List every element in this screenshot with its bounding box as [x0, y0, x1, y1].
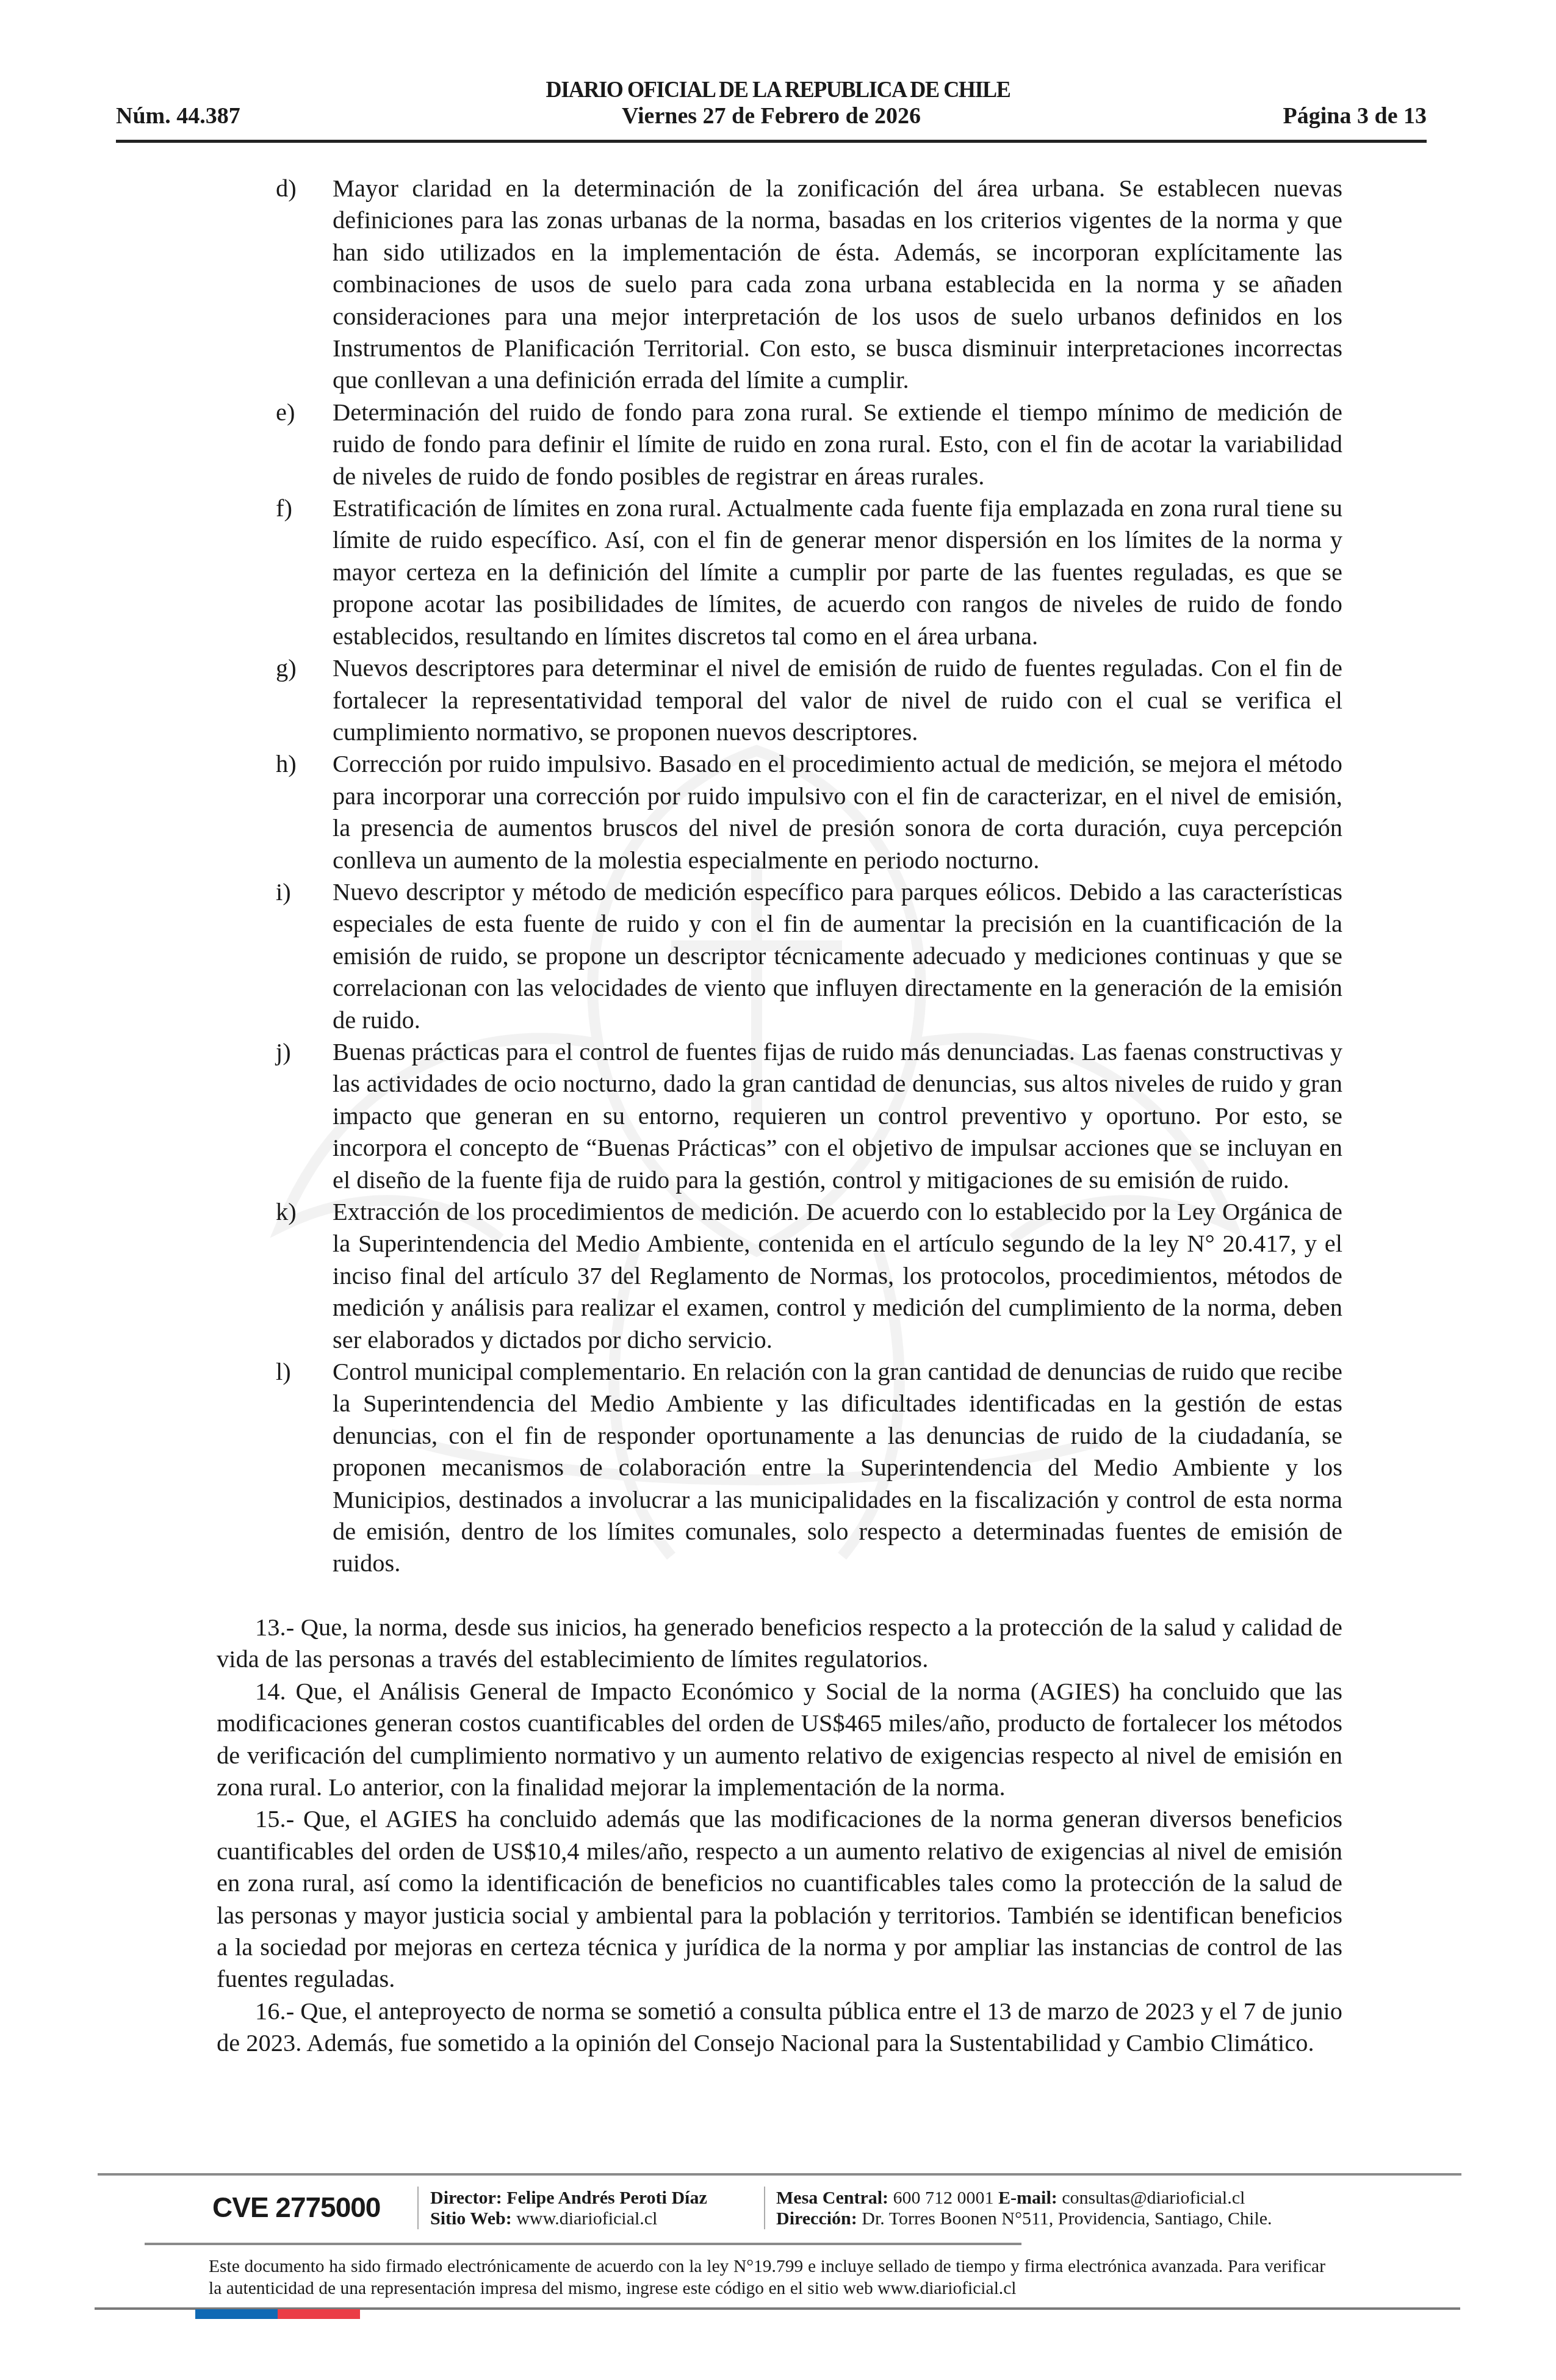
footer-divider-middle	[145, 2243, 1021, 2245]
phone-number: 600 712 0001	[893, 2188, 994, 2208]
electronic-signature-notice: Este documento ha sido firmado electróni…	[209, 2256, 1325, 2299]
list-item-text: Corrección por ruido impulsivo. Basado e…	[333, 748, 1342, 876]
list-item-text: Nuevo descriptor y método de medición es…	[333, 876, 1342, 1036]
director-label: Director:	[430, 2188, 502, 2208]
address-label: Dirección:	[776, 2209, 857, 2229]
list-item-text: Estratificación de límites en zona rural…	[333, 492, 1342, 652]
footer-director-info: Director: Felipe Andrés Peroti Díaz Siti…	[430, 2188, 707, 2229]
list-marker: e)	[276, 397, 295, 428]
considerations-block: 13.- Que, la norma, desde sus inicios, h…	[0, 1612, 1556, 2060]
address-text: Dr. Torres Boonen N°511, Providencia, Sa…	[862, 2209, 1272, 2229]
phone-label: Mesa Central:	[776, 2188, 888, 2208]
list-item-l: l) Control municipal complementario. En …	[0, 1356, 1556, 1580]
footer-separator	[764, 2187, 765, 2229]
footer-separator	[417, 2187, 419, 2229]
list-item-f: f) Estratificación de límites en zona ru…	[0, 492, 1556, 652]
list-marker: d)	[276, 173, 297, 204]
flag-stripe-red	[278, 2309, 360, 2319]
address-line: Dirección: Dr. Torres Boonen N°511, Prov…	[776, 2209, 1272, 2229]
paragraph-15: 15.- Que, el AGIES ha concluido además q…	[0, 1803, 1556, 1995]
list-item-i: i) Nuevo descriptor y método de medición…	[0, 876, 1556, 1036]
footer-divider-top	[98, 2173, 1461, 2176]
flag-stripe-blue	[195, 2309, 278, 2319]
publication-title: DIARIO OFICIAL DE LA REPUBLICA DE CHILE	[39, 76, 1518, 103]
list-item-h: h) Corrección por ruido impulsivo. Basad…	[0, 748, 1556, 876]
list-marker: g)	[276, 652, 297, 684]
website-link[interactable]: www.diarioficial.cl	[516, 2209, 657, 2229]
list-item-g: g) Nuevos descriptores para determinar e…	[0, 652, 1556, 748]
website-label: Sitio Web:	[430, 2209, 512, 2229]
website-line: Sitio Web: www.diarioficial.cl	[430, 2209, 707, 2229]
list-item-text: Extracción de los procedimientos de medi…	[333, 1196, 1342, 1356]
list-item-text: Control municipal complementario. En rel…	[333, 1356, 1342, 1580]
list-marker: l)	[276, 1356, 291, 1388]
page-indicator: Página 3 de 13	[1283, 103, 1427, 129]
header-row: Núm. 44.387 Viernes 27 de Febrero de 202…	[116, 103, 1427, 133]
list-marker: h)	[276, 748, 297, 780]
list-marker: i)	[276, 876, 291, 908]
footer-contact-info: Mesa Central: 600 712 0001 E-mail: consu…	[776, 2188, 1272, 2229]
publication-date: Viernes 27 de Febrero de 2026	[116, 103, 1427, 129]
list-item-text: Buenas prácticas para el control de fuen…	[333, 1036, 1342, 1196]
list-marker: k)	[276, 1196, 297, 1228]
paragraph-14: 14. Que, el Análisis General de Impacto …	[0, 1676, 1556, 1804]
paragraph-16: 16.- Que, el anteproyecto de norma se so…	[0, 1996, 1556, 2060]
document-body: d) Mayor claridad en la determinación de…	[0, 173, 1556, 2060]
list-item-text: Mayor claridad en la determinación de la…	[333, 173, 1342, 397]
list-item-d: d) Mayor claridad en la determinación de…	[0, 173, 1556, 397]
email-label: E-mail:	[998, 2188, 1057, 2208]
header-divider	[116, 140, 1427, 143]
cve-code: CVE 2775000	[212, 2191, 380, 2224]
contact-line: Mesa Central: 600 712 0001 E-mail: consu…	[776, 2188, 1272, 2209]
list-marker: f)	[276, 492, 292, 524]
list-item-j: j) Buenas prácticas para el control de f…	[0, 1036, 1556, 1196]
director-name: Felipe Andrés Peroti Díaz	[506, 2188, 707, 2208]
list-item-k: k) Extracción de los procedimientos de m…	[0, 1196, 1556, 1356]
list-item-e: e) Determinación del ruido de fondo para…	[0, 397, 1556, 492]
email-link[interactable]: consultas@diarioficial.cl	[1062, 2188, 1245, 2208]
paragraph-13: 13.- Que, la norma, desde sus inicios, h…	[0, 1612, 1556, 1676]
list-item-text: Determinación del ruido de fondo para zo…	[333, 397, 1342, 492]
list-marker: j)	[276, 1036, 291, 1068]
director-line: Director: Felipe Andrés Peroti Díaz	[430, 2188, 707, 2209]
list-item-text: Nuevos descriptores para determinar el n…	[333, 652, 1342, 748]
